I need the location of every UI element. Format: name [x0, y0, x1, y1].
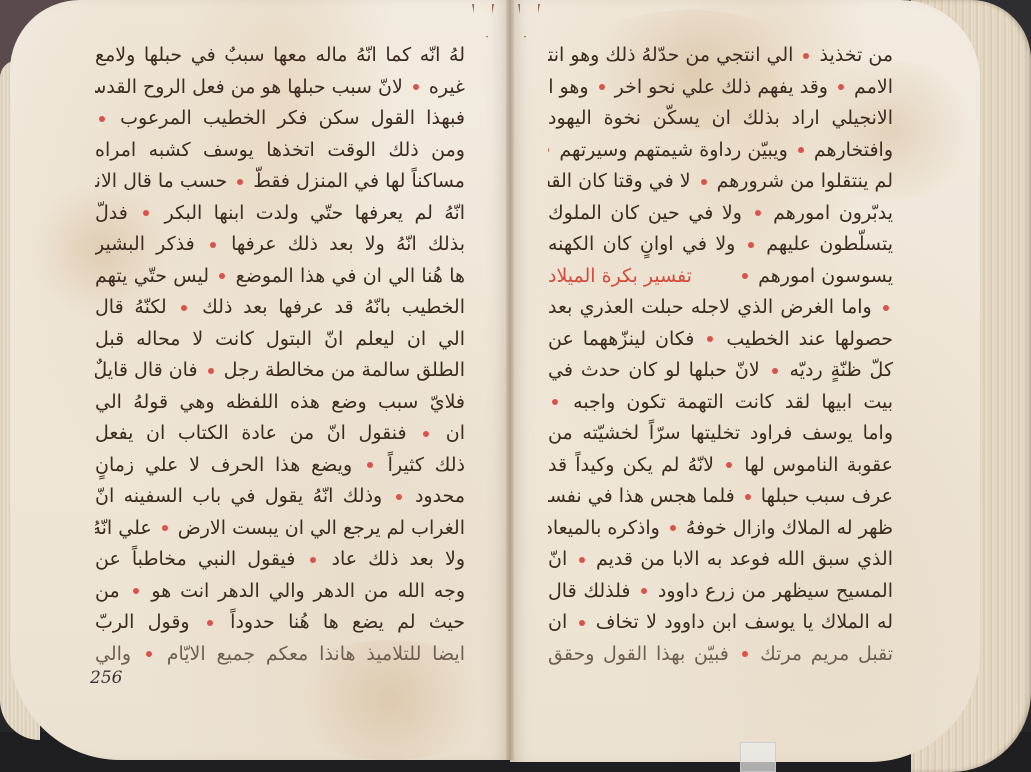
red-punctuation-dot: [803, 53, 809, 59]
red-punctuation-dot: [367, 462, 373, 468]
red-punctuation-dot: [701, 179, 707, 185]
red-punctuation-dot: [210, 242, 216, 248]
red-punctuation-dot: [599, 84, 605, 90]
text-line: الي ان ليعلم انّ البتول كانت لا محاله قب…: [95, 324, 465, 356]
red-punctuation-dot: [579, 620, 585, 626]
text-line: الامم وقد يفهم ذلك علي نحو اخر وهو انّ: [548, 72, 893, 104]
text-line: ان فنقول انّ من عادة الكتاب ان يفعل: [95, 418, 465, 450]
red-punctuation-dot: [146, 651, 152, 657]
red-punctuation-dot: [755, 210, 761, 216]
folio-number: 256: [90, 668, 122, 688]
red-punctuation-dot: [742, 651, 748, 657]
text-line: فبهذا القول سكن فكر الخطيب المرعوب: [95, 103, 465, 135]
text-line: حصولها عند الخطيب فكان لينزّههما عن: [548, 324, 893, 356]
text-line: واما الغرض الذي لاجله حبلت العذري بعد: [548, 292, 893, 324]
text-line: تقبل مريم مرتك فبيّن بهذا القول وحقق: [548, 639, 893, 671]
text-line: عقوبة الناموس لها لانّهُ لم يكن وكيداً ق…: [548, 450, 893, 482]
red-punctuation-dot: [207, 620, 213, 626]
red-punctuation-dot: [579, 557, 585, 563]
red-punctuation-dot: [396, 494, 402, 500]
text-line: واما يوسف فراود تخليتها سرّاً لخشيّته من: [548, 418, 893, 450]
red-punctuation-dot: [745, 494, 751, 500]
red-punctuation-dot: [237, 179, 243, 185]
red-punctuation-dot: [181, 305, 187, 311]
text-line: من تخذيذ الي انتجي من حدّلهُ ذلك وهو انت…: [548, 40, 893, 72]
red-punctuation-dot: [772, 368, 778, 374]
text-line: مساكناً لها في المنزل فقطّ حسب ما قال ال…: [95, 166, 465, 198]
red-punctuation-dot: [838, 84, 844, 90]
red-punctuation-dot: [742, 273, 748, 279]
red-punctuation-dot: [641, 588, 647, 594]
red-punctuation-dot: [423, 431, 429, 437]
right-page-text: من تخذيذ الي انتجي من حدّلهُ ذلك وهو انت…: [548, 40, 893, 670]
text-line: انّهُ لم يعرفها حتّي ولدت ابنها البكر فد…: [95, 198, 465, 230]
text-line: فلايّ سبب وضع هذه اللفظه وهي قولهُ الي: [95, 387, 465, 419]
red-punctuation-dot: [670, 525, 676, 531]
text-line: ذلك كثيراً ويضع هذا الحرف لا علي زمانٍ: [95, 450, 465, 482]
text-line: لهُ انّه كما انّهُ ماله معها سببٌ في حبل…: [95, 40, 465, 72]
red-punctuation-dot: [143, 210, 149, 216]
text-line: ولا بعد ذلك عاد فيقول النبي مخاطباً عن: [95, 544, 465, 576]
book-stand-clip: [740, 742, 776, 772]
manuscript-photo: لهُ انّه كما انّهُ ماله معها سببٌ في حبل…: [0, 0, 1031, 772]
text-line: عرف سبب حبلها فلما هجس هذا في نفسه: [548, 481, 893, 513]
red-punctuation-dot: [552, 399, 558, 405]
text-line: حيث لم يضع ها هُنا حدوداً وقول الربّ: [95, 607, 465, 639]
text-line: الذي سبق الله فوعد به الابا من قديم انّ: [548, 544, 893, 576]
red-punctuation-dot: [99, 116, 105, 122]
text-line: يدبّرون امورهم ولا في حين كان الملوك: [548, 198, 893, 230]
text-line: له الملاك يا يوسف ابن داوود لا تخاف ان: [548, 607, 893, 639]
section-heading: تفسير بكرة الميلاد: [548, 261, 692, 293]
text-line: بذلك انّهُ ولا بعد ذلك عرفها فذكر البشير: [95, 229, 465, 261]
red-punctuation-dot: [798, 147, 804, 153]
text-line: ايضا للتلاميذ هانذا معكم جميع الايّام وا…: [95, 639, 465, 671]
text-line: الطلق سالمة من مخالطة رجل فان قال قايلٌ: [95, 355, 465, 387]
red-punctuation-dot: [883, 305, 889, 311]
text-line: الانجيلي اراد بذلك ان يسكّن نخوة اليهود: [548, 103, 893, 135]
text-line: الغراب لم يرجع الي ان يبست الارض علي انّ…: [95, 513, 465, 545]
line-prefix: يسوسون امورهم: [738, 261, 893, 293]
text-line: ها هُنا الي ان في هذا الموضع ليس حتّي يت…: [95, 261, 465, 293]
text-line: ظهر له الملاك وازال خوفهُ واذكره بالميعا…: [548, 513, 893, 545]
text-line: وافتخارهم ويبيّن رداوة شيمتهم وسيرتهم لا…: [548, 135, 893, 167]
red-punctuation-dot: [548, 147, 549, 153]
red-punctuation-dot: [219, 273, 225, 279]
red-punctuation-dot: [133, 588, 139, 594]
red-punctuation-dot: [726, 462, 732, 468]
text-line: ومن ذلك الوقت اتخذها يوسف كشبه امراه: [95, 135, 465, 167]
red-punctuation-dot: [310, 557, 316, 563]
text-line: يتسلّطون عليهم ولا في اوانٍ كان الكهنه: [548, 229, 893, 261]
text-line: محدود وذلك انّهُ يقول في باب السفينه انّ: [95, 481, 465, 513]
text-line: كلّ ظنّةٍ رديّه لانّ حبلها لو كان حدث في: [548, 355, 893, 387]
rubric-heading-line: يسوسون امورهم تفسير بكرة الميلاد: [548, 261, 893, 293]
text-line: الخطيب بانّهُ قد عرفها بعد ذلك لكنّهُ قا…: [95, 292, 465, 324]
red-punctuation-dot: [413, 84, 419, 90]
left-page-text: لهُ انّه كما انّهُ ماله معها سببٌ في حبل…: [95, 40, 465, 670]
text-line: غيره لانّ سبب حبلها هو من فعل الروح القد…: [95, 72, 465, 104]
red-punctuation-dot: [748, 242, 754, 248]
text-line: لم ينتقلوا من شرورهم لا في وقتا كان القض…: [548, 166, 893, 198]
red-punctuation-dot: [208, 368, 214, 374]
text-line: وجه الله من الدهر والي الدهر انت هو من: [95, 576, 465, 608]
text-line: المسيح سيظهر من زرع داوود فلذلك قال: [548, 576, 893, 608]
red-punctuation-dot: [707, 336, 713, 342]
red-punctuation-dot: [162, 525, 168, 531]
book-spine: [506, 0, 514, 760]
text-line: بيت ابيها لقد كانت التهمة تكون واجبه: [548, 387, 893, 419]
